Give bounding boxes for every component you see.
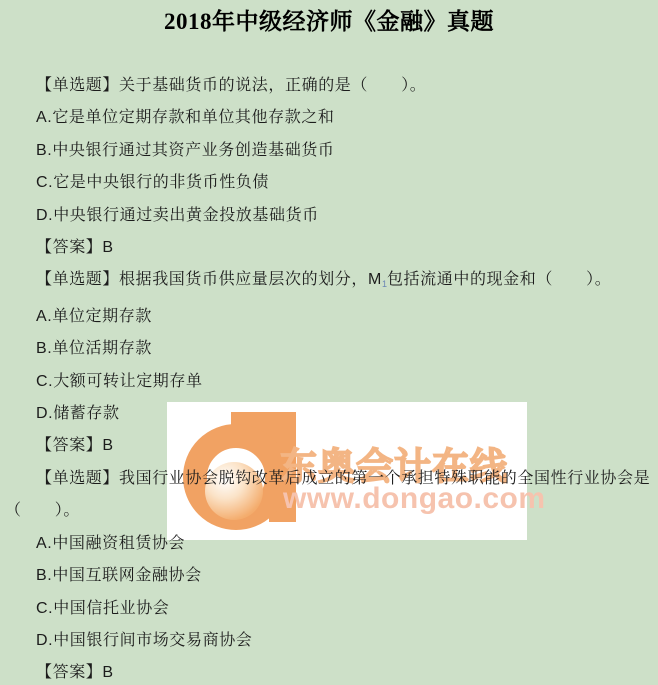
question-2-option-d: D.储蓄存款 — [5, 398, 656, 430]
question-3-option-b: B.中国互联网金融协会 — [5, 560, 656, 592]
question-list: 【单选题】关于基础货币的说法，正确的是（ ）。 A.它是单位定期存款和单位其他存… — [5, 70, 656, 685]
question-3-answer: 【答案】B — [5, 657, 656, 685]
question-2-prompt: 【单选题】根据我国货币供应量层次的划分，M1包括流通中的现金和（ ）。 — [5, 264, 656, 300]
question-2-option-a: A.单位定期存款 — [5, 301, 656, 333]
question-3-option-d: D.中国银行间市场交易商协会 — [5, 625, 656, 657]
question-1-option-b: B.中央银行通过其资产业务创造基础货币 — [5, 135, 656, 167]
question-2-answer: 【答案】B — [5, 430, 656, 462]
question-3-option-a: A.中国融资租赁协会 — [5, 528, 656, 560]
question-2-prompt-suffix: 包括流通中的现金和（ ）。 — [387, 271, 611, 288]
question-3-option-c: C.中国信托业协会 — [5, 593, 656, 625]
page-title: 2018年中级经济师《金融》真题 — [0, 3, 658, 36]
question-1-answer: 【答案】B — [5, 232, 656, 264]
exam-document-page: 东奥会计在线 www.dongao.com 2018年中级经济师《金融》真题 【… — [0, 0, 658, 685]
question-2-prompt-prefix: 【单选题】根据我国货币供应量层次的划分，M — [36, 271, 382, 288]
question-1-option-d: D.中央银行通过卖出黄金投放基础货币 — [5, 200, 656, 232]
question-2-option-c: C.大额可转让定期存单 — [5, 366, 656, 398]
question-2-option-b: B.单位活期存款 — [5, 333, 656, 365]
question-3-prompt: 【单选题】我国行业协会脱钩改革后成立的第一个承担特殊职能的全国性行业协会是（ ）… — [5, 463, 656, 528]
question-3-prompt-line2: （ ）。 — [5, 502, 80, 519]
question-1-option-a: A.它是单位定期存款和单位其他存款之和 — [5, 102, 656, 134]
question-1-option-c: C.它是中央银行的非货币性负债 — [5, 167, 656, 199]
question-1-prompt: 【单选题】关于基础货币的说法，正确的是（ ）。 — [5, 70, 656, 102]
question-3-prompt-line1: 【单选题】我国行业协会脱钩改革后成立的第一个承担特殊职能的全国性行业协会是 — [36, 470, 650, 487]
